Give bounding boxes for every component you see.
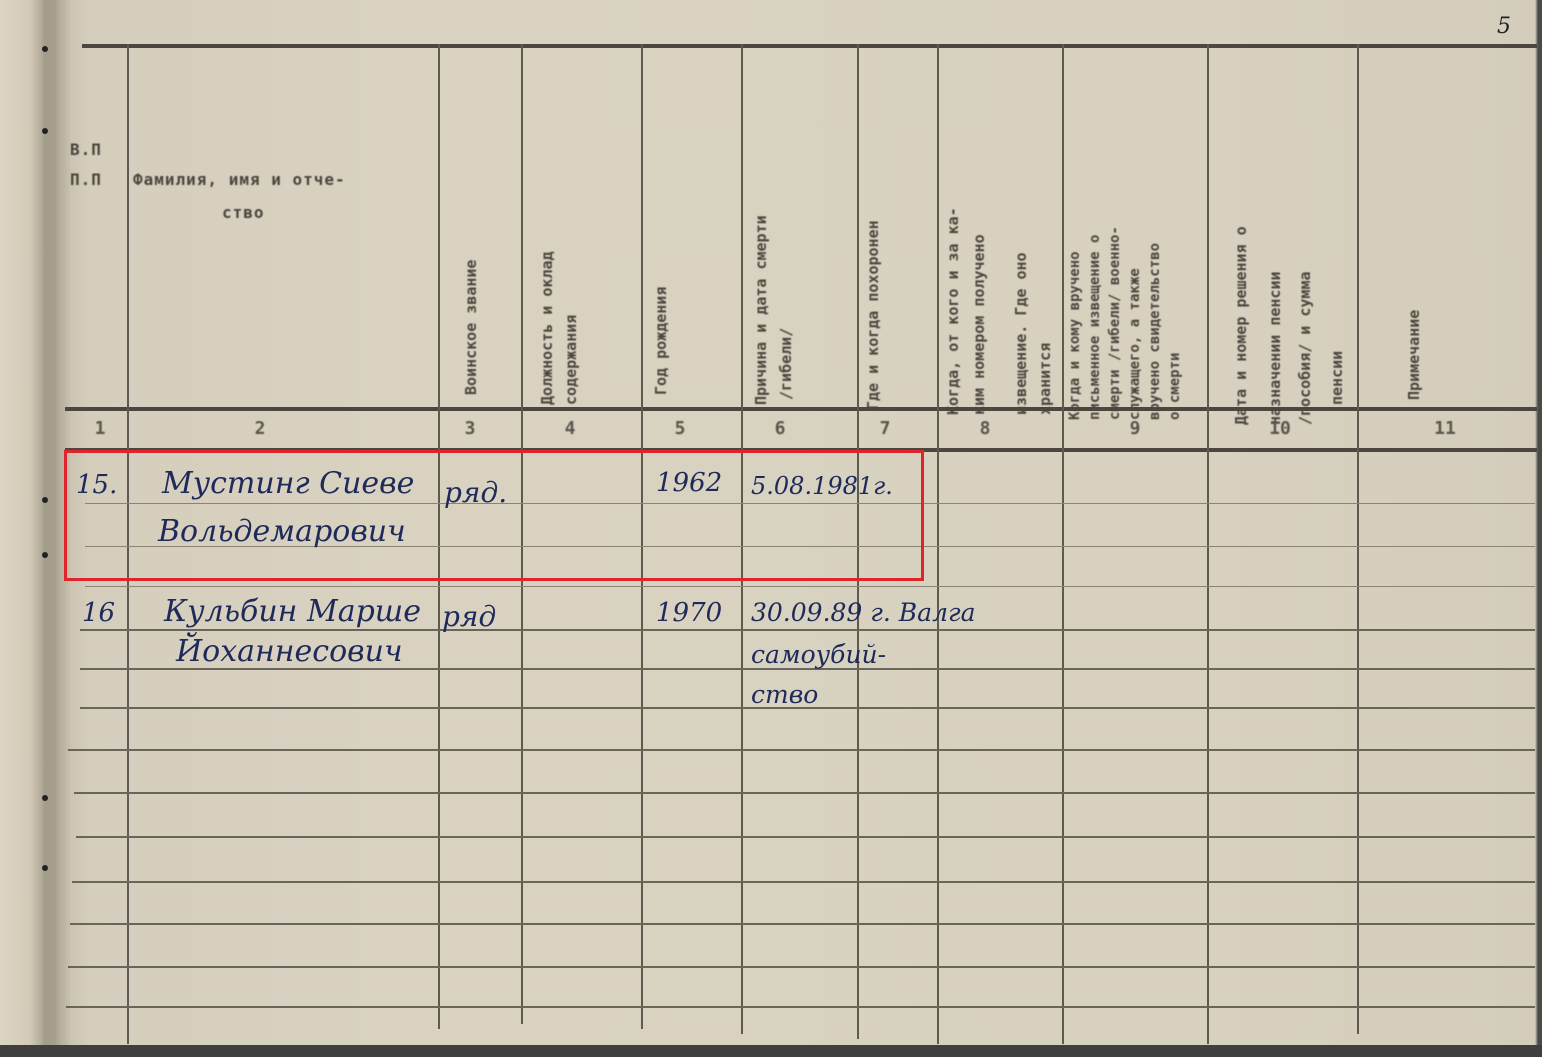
header-col9-label-line6: о смерти [1166,353,1184,420]
header-col10-label-line3: /пособия/ и сумма [1296,271,1314,425]
header-col8-label-line1: Когда, от кого и за ка- [944,207,962,415]
header-col6-label-line2: /гибели/ [777,328,795,400]
colnum-4: 4 [555,418,585,439]
header-col3-label: Воинское звание [462,260,480,395]
header-col9-label-line1: Когда и кому вручено [1066,251,1084,420]
row-16-rank: ряд [442,600,496,633]
binding-hole [42,865,48,871]
row-line [68,749,1535,751]
page-bottom-edge [0,1045,1542,1057]
header-col9-label-line3: смерти /гибели/ военно- [1106,226,1124,420]
colnum-7: 7 [870,418,900,439]
col-divider-7 [937,44,939,1044]
row-16-number: 16 [82,598,115,628]
row-line [72,881,1535,883]
row-16-birth-year: 1970 [656,598,722,628]
colnum-6: 6 [765,418,795,439]
row-16-death-cause-line2: самоубий- [751,640,886,669]
header-bottom-rule [65,407,1537,411]
col-divider-8 [1062,44,1064,1044]
header-col6-label-line1: Причина и дата смерти [752,215,770,405]
row-16-death-cause-line3: ство [751,680,818,709]
binding-hole [42,128,48,134]
header-col8-label-line4: хранится [1036,343,1054,415]
header-col8-label-line2: ким номером получено [970,234,988,415]
row-16-name-line2: Йоханнесович [176,634,403,669]
header-top-rule [82,44,1537,48]
row-line [85,586,1535,587]
header-col2-label-line1: Фамилия, имя и отче- [133,170,346,189]
header-col9-label-line4: служащего, а также [1126,268,1144,420]
binding-hole [42,497,48,503]
colnum-8: 8 [970,418,1000,439]
header-col10-label-line1: Дата и номер решения о [1232,226,1250,425]
header-col1-label-bottom: П.П [70,170,102,189]
row-15-highlight-box [64,450,924,581]
colnum-3: 3 [455,418,485,439]
col-divider-10 [1357,44,1359,1034]
row-line [66,1006,1535,1008]
header-col7-label: Где и когда похоронен [864,220,882,410]
header-col4-label-line2: содержания [562,315,580,405]
binding-hole [42,46,48,52]
row-line [68,966,1535,968]
colnum-2: 2 [240,418,280,439]
row-16-name-line1: Кульбин Марше [164,594,421,629]
header-col4-label-line1: Должность и оклад [538,251,556,405]
header-col10-label-line2: назначении пенсии [1266,271,1284,425]
binding-hole [42,552,48,558]
colnum-10: 10 [1260,418,1300,439]
row-line [74,792,1535,794]
row-line [70,923,1535,925]
col-divider-9 [1207,44,1209,1044]
binding-hole [42,795,48,801]
page-number: 5 [1497,14,1511,39]
colnum-1: 1 [85,418,115,439]
row-16-death-date: 30.09.89 г. Валга [751,598,976,627]
header-col1-label-top: В.П [70,140,102,159]
header-col8-label-line3: извещение. Где оно [1012,252,1030,415]
header-col2-label-line2: ство [222,203,265,222]
colnum-11: 11 [1425,418,1465,439]
header-col10-label-line4: пенсии [1328,351,1346,405]
header-col5-label: Год рождения [652,287,670,395]
row-line [76,836,1535,838]
colnum-5: 5 [665,418,695,439]
row-line [80,629,1535,631]
header-col11-label: Примечание [1405,310,1423,400]
colnum-9: 9 [1120,418,1150,439]
header-col9-label-line5: вручено свидетельство [1146,243,1164,420]
header-col9-label-line2: письменное извещение о [1086,235,1104,420]
